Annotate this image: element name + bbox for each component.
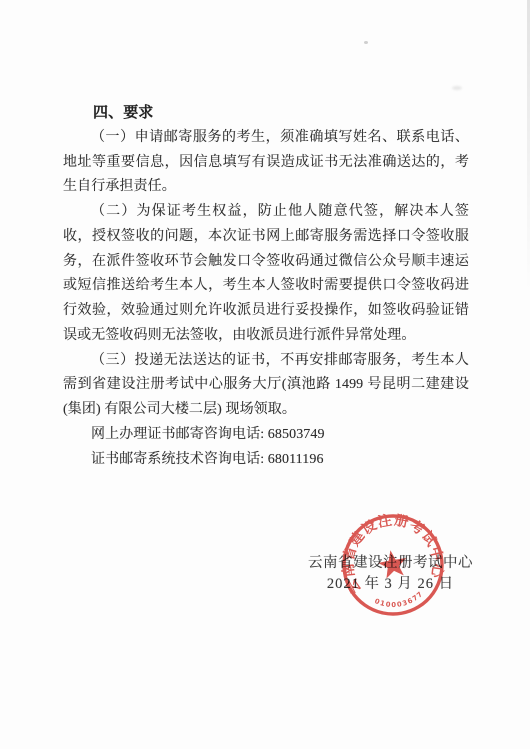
- document-body: 四、要求 （一）申请邮寄服务的考生，须准确填写姓名、联系电话、地址等重要信息，因…: [63, 101, 469, 472]
- signature-block: 云南省建设注册考试中心 2021 年 3 月 26 日: [283, 551, 498, 593]
- paragraph-1: （一）申请邮寄服务的考生，须准确填写姓名、联系电话、地址等重要信息，因信息填写有…: [63, 126, 469, 200]
- section-heading: 四、要求: [63, 101, 469, 126]
- scan-speck: [364, 41, 368, 44]
- contact-phone-line-mailing: 网上办理证书邮寄咨询电话: 68503749: [63, 423, 469, 448]
- scanned-document-page: 四、要求 （一）申请邮寄服务的考生，须准确填写姓名、联系电话、地址等重要信息，因…: [0, 0, 530, 749]
- signature-organization: 云南省建设注册考试中心: [283, 551, 498, 572]
- scan-speck: [452, 86, 462, 90]
- signature-date: 2021 年 3 月 26 日: [283, 572, 498, 593]
- paragraph-2: （二）为保证考生权益，防止他人随意代签，解决本人签收，授权签收的问题，本次证书网…: [63, 200, 469, 349]
- paragraph-3: （三）投递无法送达的证书，不再安排邮寄服务，考生本人需到省建设注册考试中心服务大…: [63, 349, 469, 423]
- contact-phone-line-technical: 证书邮寄系统技术咨询电话: 68011196: [63, 448, 469, 473]
